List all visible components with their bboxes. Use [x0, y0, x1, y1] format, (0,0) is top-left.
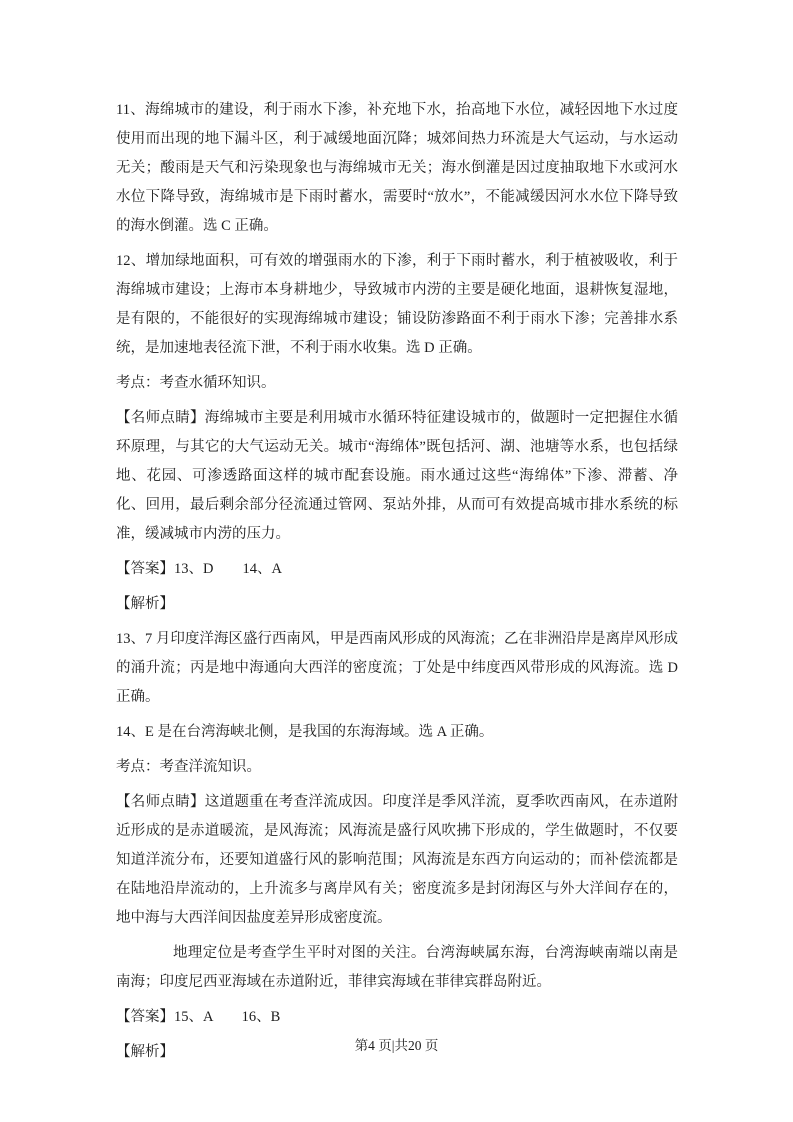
answer-14-explanation: 14、E 是在台湾海峡北侧，是我国的东海海域。选 A 正确。 — [116, 718, 678, 747]
teacher-tip-sponge-city: 【名师点睛】海绵城市主要是利用城市水循环特征建设城市的，做题时一定把握住水循环原… — [116, 404, 678, 549]
answer-13-explanation: 13、7 月印度洋海区盛行西南风，甲是西南风形成的风海流；乙在非洲沿岸是离岸风形… — [116, 625, 678, 712]
teacher-tip-ocean-current: 【名师点睛】这道题重在考查洋流成因。印度洋是季风洋流，夏季吹西南风，在赤道附近形… — [116, 788, 678, 933]
page-number-footer: 第4 页|共20 页 — [0, 1036, 793, 1056]
answer-line-13-14: 【答案】13、D 14、A — [116, 555, 678, 584]
document-body: 11、海绵城市的建设，利于雨水下渗，补充地下水，抬高地下水位，减轻因地下水过度使… — [116, 96, 678, 1073]
answer-11-explanation: 11、海绵城市的建设，利于雨水下渗，补充地下水，抬高地下水位，减轻因地下水过度使… — [116, 96, 678, 241]
exam-point-water-cycle: 考点：考查水循环知识。 — [116, 369, 678, 398]
document-page: 11、海绵城市的建设，利于雨水下渗，补充地下水，抬高地下水位，减轻因地下水过度使… — [0, 0, 793, 1122]
analysis-label-1: 【解析】 — [116, 590, 678, 619]
exam-point-ocean-current: 考点：考查洋流知识。 — [116, 753, 678, 782]
answer-line-15-16: 【答案】15、A 16、B — [116, 1003, 678, 1032]
geo-positioning-note: 地理定位是考查学生平时对图的关注。台湾海峡属东海，台湾海峡南端以南是南海；印度尼… — [116, 939, 678, 997]
answer-12-explanation: 12、增加绿地面积，可有效的增强雨水的下渗，利于下雨时蓄水，利于植被吸收，利于海… — [116, 247, 678, 363]
